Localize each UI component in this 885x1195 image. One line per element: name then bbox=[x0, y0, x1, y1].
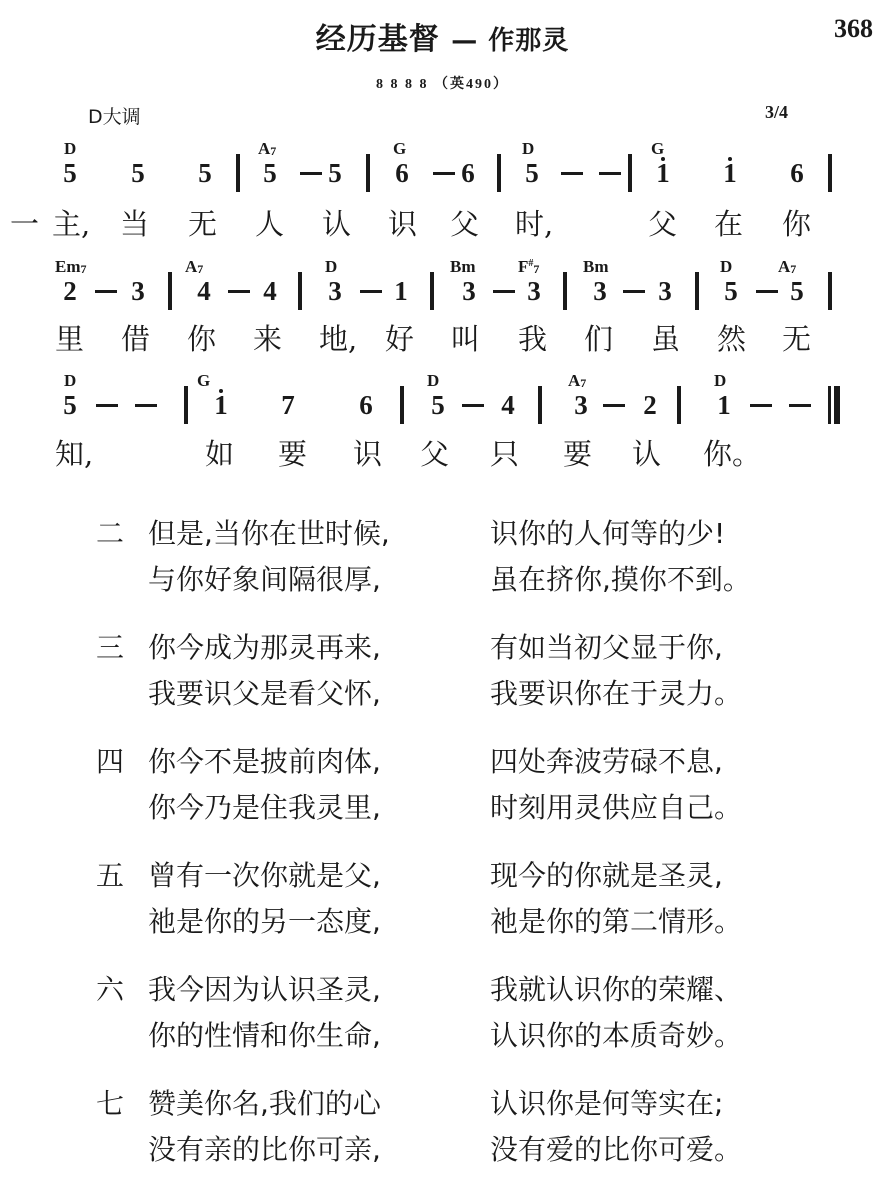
verse-number: 四 bbox=[96, 748, 124, 776]
lyric-syllable: 无 bbox=[782, 325, 811, 354]
sustain-dash bbox=[603, 404, 625, 407]
chord-symbol: Bm bbox=[450, 258, 476, 275]
note: 5 bbox=[193, 160, 217, 187]
bar-line bbox=[366, 154, 370, 192]
sustain-dash bbox=[135, 404, 157, 407]
sustain-dash bbox=[360, 290, 382, 293]
lyric-syllable: 在 bbox=[714, 210, 743, 239]
lyric-syllable: 认 bbox=[632, 440, 661, 469]
lyric-syllable: 知, bbox=[55, 440, 93, 469]
verse-line-right: 祂是你的第二情形。 bbox=[490, 908, 742, 936]
verse-number: 六 bbox=[96, 976, 124, 1004]
verse-line-left: 我要识父是看父怀, bbox=[148, 680, 381, 708]
sustain-dash bbox=[95, 290, 117, 293]
bar-line bbox=[677, 386, 681, 424]
note: 6 bbox=[456, 160, 480, 187]
bar-line bbox=[400, 386, 404, 424]
bar-line bbox=[538, 386, 542, 424]
verse-number: 二 bbox=[96, 520, 124, 548]
note: 5 bbox=[520, 160, 544, 187]
lyric-syllable: 好 bbox=[385, 325, 414, 354]
lyric-syllable: 然 bbox=[717, 325, 746, 354]
key-signature: D大调 bbox=[88, 102, 141, 129]
note: 5 bbox=[785, 278, 809, 305]
verse-line-right: 四处奔波劳碌不息, bbox=[490, 748, 723, 776]
final-bar-thick bbox=[834, 386, 840, 424]
verse-line-left: 曾有一次你就是父, bbox=[148, 862, 381, 890]
lyric-syllable: 无 bbox=[188, 210, 217, 239]
verse-line-right: 认识你是何等实在; bbox=[490, 1090, 723, 1118]
verse-line-left: 祂是你的另一态度, bbox=[148, 908, 381, 936]
note: 1 bbox=[209, 392, 233, 419]
verse-line-right: 现今的你就是圣灵, bbox=[490, 862, 723, 890]
chord-symbol: G bbox=[393, 140, 406, 157]
verse-number: 三 bbox=[96, 634, 124, 662]
sustain-dash bbox=[228, 290, 250, 293]
chord-symbol: D bbox=[325, 258, 337, 275]
verse-line-left: 我今因为认识圣灵, bbox=[148, 976, 381, 1004]
chord-symbol: Em7 bbox=[55, 258, 87, 275]
time-signature: 3/4 bbox=[765, 102, 788, 123]
lyric-syllable: 你 bbox=[782, 210, 811, 239]
bar-line bbox=[563, 272, 567, 310]
chord-symbol: F#7 bbox=[518, 258, 539, 275]
lyric-syllable: 如 bbox=[205, 440, 234, 469]
note: 6 bbox=[354, 392, 378, 419]
lyric-syllable: 一 bbox=[10, 210, 39, 239]
lyric-syllable: 你 bbox=[187, 325, 216, 354]
chord-symbol: A7 bbox=[568, 372, 586, 389]
chord-symbol: D bbox=[714, 372, 726, 389]
bar-line bbox=[628, 154, 632, 192]
sustain-dash bbox=[493, 290, 515, 293]
note: 5 bbox=[719, 278, 743, 305]
note: 4 bbox=[496, 392, 520, 419]
lyric-syllable: 虽 bbox=[651, 325, 680, 354]
hymn-title: 经历基督 — 作那灵 bbox=[0, 14, 885, 58]
note: 5 bbox=[58, 160, 82, 187]
sustain-dash bbox=[599, 172, 621, 175]
bar-line bbox=[828, 272, 832, 310]
bar-line bbox=[184, 386, 188, 424]
note: 3 bbox=[323, 278, 347, 305]
chord-symbol: Bm bbox=[583, 258, 609, 275]
bar-line bbox=[828, 154, 832, 192]
verse-line-right: 没有爱的比你可爱。 bbox=[490, 1136, 742, 1164]
verse-line-left: 没有亲的比你可亲, bbox=[148, 1136, 381, 1164]
note: 3 bbox=[588, 278, 612, 305]
verse-number: 七 bbox=[96, 1090, 124, 1118]
note: 5 bbox=[323, 160, 347, 187]
lyric-syllable: 识 bbox=[388, 210, 417, 239]
high-octave-dot bbox=[219, 389, 223, 393]
note: 4 bbox=[258, 278, 282, 305]
verse-line-right: 识你的人何等的少! bbox=[490, 520, 725, 548]
sustain-dash bbox=[623, 290, 645, 293]
note: 6 bbox=[785, 160, 809, 187]
verse-line-left: 赞美你名,我们的心 bbox=[148, 1090, 381, 1118]
lyric-syllable: 主, bbox=[52, 210, 90, 239]
hymn-number: 368 bbox=[834, 14, 873, 44]
lyric-syllable: 来 bbox=[253, 325, 282, 354]
sustain-dash bbox=[433, 172, 455, 175]
chord-symbol: A7 bbox=[258, 140, 276, 157]
lyric-syllable: 我 bbox=[518, 325, 547, 354]
lyric-syllable: 识 bbox=[353, 440, 382, 469]
lyric-syllable: 叫 bbox=[451, 325, 480, 354]
sustain-dash bbox=[561, 172, 583, 175]
verse-line-left: 你的性情和你生命, bbox=[148, 1022, 381, 1050]
verse-line-right: 我就认识你的荣耀、 bbox=[490, 976, 742, 1004]
bar-line bbox=[298, 272, 302, 310]
bar-line bbox=[168, 272, 172, 310]
note: 5 bbox=[426, 392, 450, 419]
note: 3 bbox=[522, 278, 546, 305]
chord-symbol: D bbox=[64, 140, 76, 157]
note: 1 bbox=[712, 392, 736, 419]
high-octave-dot bbox=[661, 157, 665, 161]
lyric-syllable: 只 bbox=[490, 440, 519, 469]
sustain-dash bbox=[462, 404, 484, 407]
lyric-syllable: 要 bbox=[563, 440, 592, 469]
note: 3 bbox=[126, 278, 150, 305]
note: 3 bbox=[569, 392, 593, 419]
chord-symbol: A7 bbox=[185, 258, 203, 275]
title-subtitle: — 作那灵 bbox=[451, 26, 569, 56]
lyric-syllable: 里 bbox=[55, 325, 84, 354]
verse-line-left: 你今不是披前肉体, bbox=[148, 748, 381, 776]
lyric-syllable: 你。 bbox=[703, 440, 761, 469]
sustain-dash bbox=[750, 404, 772, 407]
lyric-syllable: 要 bbox=[278, 440, 307, 469]
verse-line-left: 但是,当你在世时候, bbox=[148, 520, 390, 548]
sustain-dash bbox=[756, 290, 778, 293]
lyric-syllable: 当 bbox=[120, 210, 149, 239]
bar-line bbox=[497, 154, 501, 192]
verse-line-right: 有如当初父显于你, bbox=[490, 634, 723, 662]
verse-number: 五 bbox=[96, 862, 124, 890]
chord-symbol: D bbox=[720, 258, 732, 275]
chord-symbol: G bbox=[651, 140, 664, 157]
chord-symbol: D bbox=[64, 372, 76, 389]
note: 3 bbox=[457, 278, 481, 305]
verse-line-right: 虽在挤你,摸你不到。 bbox=[490, 566, 751, 594]
note: 1 bbox=[651, 160, 675, 187]
verse-line-left: 你今乃是住我灵里, bbox=[148, 794, 381, 822]
note: 6 bbox=[390, 160, 414, 187]
note: 2 bbox=[638, 392, 662, 419]
lyric-syllable: 父 bbox=[648, 210, 677, 239]
chord-symbol: D bbox=[427, 372, 439, 389]
note: 5 bbox=[58, 392, 82, 419]
lyric-syllable: 地, bbox=[319, 325, 357, 354]
note: 5 bbox=[126, 160, 150, 187]
sustain-dash bbox=[96, 404, 118, 407]
bar-line bbox=[236, 154, 240, 192]
note: 3 bbox=[653, 278, 677, 305]
title-main: 经历基督 bbox=[316, 22, 440, 57]
meter: 8 8 8 8 （英490） bbox=[0, 73, 885, 93]
chord-symbol: D bbox=[522, 140, 534, 157]
lyric-syllable: 认 bbox=[322, 210, 351, 239]
verse-line-left: 你今成为那灵再来, bbox=[148, 634, 381, 662]
lyric-syllable: 时, bbox=[515, 210, 553, 239]
bar-line bbox=[695, 272, 699, 310]
verse-line-left: 与你好象间隔很厚, bbox=[148, 566, 381, 594]
note: 1 bbox=[718, 160, 742, 187]
note: 7 bbox=[276, 392, 300, 419]
lyric-syllable: 们 bbox=[584, 325, 613, 354]
note: 4 bbox=[192, 278, 216, 305]
bar-line bbox=[430, 272, 434, 310]
sustain-dash bbox=[300, 172, 322, 175]
verse-line-right: 认识你的本质奇妙。 bbox=[490, 1022, 742, 1050]
lyric-syllable: 父 bbox=[420, 440, 449, 469]
chord-symbol: A7 bbox=[778, 258, 796, 275]
note: 5 bbox=[258, 160, 282, 187]
sustain-dash bbox=[789, 404, 811, 407]
lyric-syllable: 父 bbox=[450, 210, 479, 239]
chord-symbol: G bbox=[197, 372, 210, 389]
verse-line-right: 我要识你在于灵力。 bbox=[490, 680, 742, 708]
note: 2 bbox=[58, 278, 82, 305]
high-octave-dot bbox=[728, 157, 732, 161]
note: 1 bbox=[389, 278, 413, 305]
final-bar-thin bbox=[828, 386, 831, 424]
verse-line-right: 时刻用灵供应自己。 bbox=[490, 794, 742, 822]
lyric-syllable: 借 bbox=[121, 325, 150, 354]
lyric-syllable: 人 bbox=[255, 210, 284, 239]
